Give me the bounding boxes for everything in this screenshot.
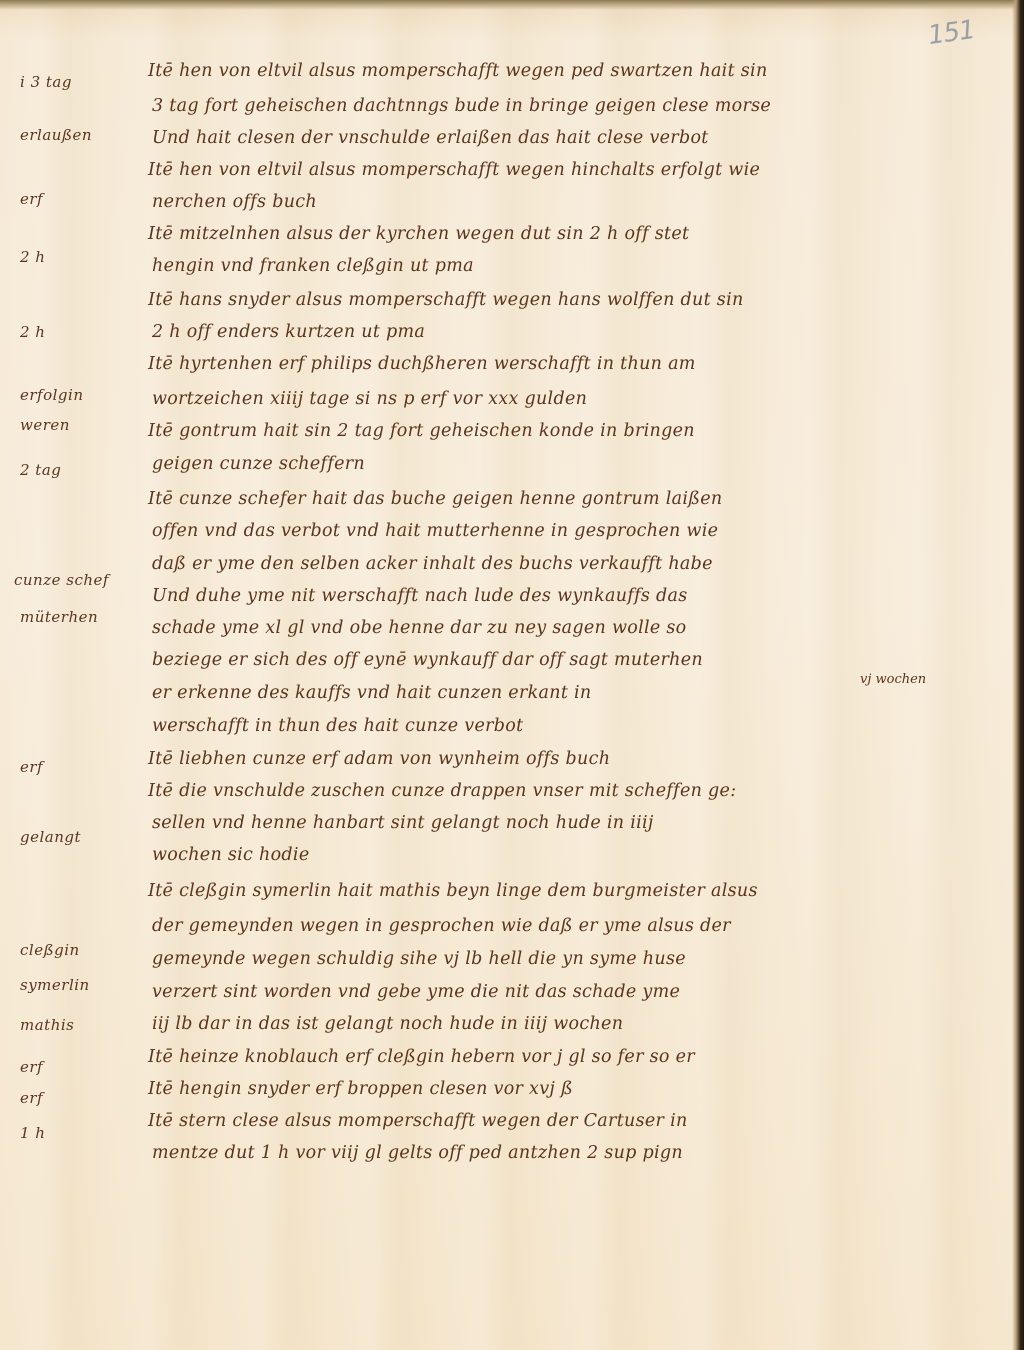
entry-continuation-line: Und duhe yme nit werschafft nach lude de… (152, 586, 688, 606)
entry-continuation-line: verzert sint worden vnd gebe yme die nit… (152, 982, 680, 1002)
entry-first-line: Itē hen von eltvil alsus momperschafft w… (148, 160, 760, 180)
manuscript-page: 151 i 3 tagerlaußenerf2 h2 herfolginwere… (0, 0, 1024, 1350)
entry-continuation-line: wochen sic hodie (152, 845, 309, 865)
entry-first-line: Itē hans snyder alsus momperschafft wege… (148, 290, 744, 310)
entry-first-line: Itē hyrtenhen erf philips duchßheren wer… (148, 354, 696, 374)
entry-continuation-line: 2 h off enders kurtzen ut pma (152, 322, 425, 342)
entry-continuation-line: schade yme xl gl vnd obe henne dar zu ne… (152, 618, 687, 638)
entry-continuation-line: 3 tag fort geheischen dachtnngs bude in … (152, 96, 771, 116)
entry-continuation-line: sellen vnd henne hanbart sint gelangt no… (152, 813, 654, 833)
entry-first-line: Itē mitzelnhen alsus der kyrchen wegen d… (148, 224, 689, 244)
entry-continuation-line: nerchen offs buch (152, 192, 317, 212)
entry-continuation-line: hengin vnd franken cleßgin ut pma (152, 256, 474, 276)
entry-first-line: Itē hen von eltvil alsus momperschafft w… (148, 61, 768, 81)
entry-continuation-line: Und hait clesen der vnschulde erlaißen d… (152, 128, 709, 148)
entry-continuation-line: mentze dut 1 h vor viij gl gelts off ped… (152, 1143, 683, 1163)
interlinear-addition: vj wochen (860, 672, 926, 687)
entry-continuation-line: geigen cunze scheffern (152, 454, 365, 474)
entry-continuation-line: er erkenne des kauffs vnd hait cunzen er… (152, 683, 592, 703)
entry-first-line: Itē cleßgin symerlin hait mathis beyn li… (148, 881, 758, 901)
entry-first-line: Itē liebhen cunze erf adam von wynheim o… (148, 749, 610, 769)
entry-continuation-line: beziege er sich des off eynē wynkauff da… (152, 650, 703, 670)
entry-first-line: Itē stern clese alsus momperschafft wege… (148, 1111, 688, 1131)
entry-first-line: Itē cunze schefer hait das buche geigen … (148, 489, 722, 509)
entry-continuation-line: der gemeynden wegen in gesprochen wie da… (152, 916, 731, 936)
entry-first-line: Itē gontrum hait sin 2 tag fort geheisch… (148, 421, 695, 441)
entry-continuation-line: iij lb dar in das ist gelangt noch hude … (152, 1014, 623, 1034)
entry-continuation-line: daß er yme den selben acker inhalt des b… (152, 554, 713, 574)
manuscript-text-body: Itē hen von eltvil alsus momperschafft w… (0, 0, 1024, 1350)
entry-continuation-line: offen vnd das verbot vnd hait mutterhenn… (152, 521, 718, 541)
entry-continuation-line: werschafft in thun des hait cunze verbot (152, 716, 523, 736)
entry-first-line: Itē die vnschulde zuschen cunze drappen … (148, 781, 736, 801)
entry-first-line: Itē hengin snyder erf broppen clesen vor… (148, 1079, 573, 1099)
entry-continuation-line: wortzeichen xiiij tage si ns p erf vor x… (152, 389, 587, 409)
entry-first-line: Itē heinze knoblauch erf cleßgin hebern … (148, 1047, 695, 1067)
entry-continuation-line: gemeynde wegen schuldig sihe vj lb hell … (152, 949, 686, 969)
